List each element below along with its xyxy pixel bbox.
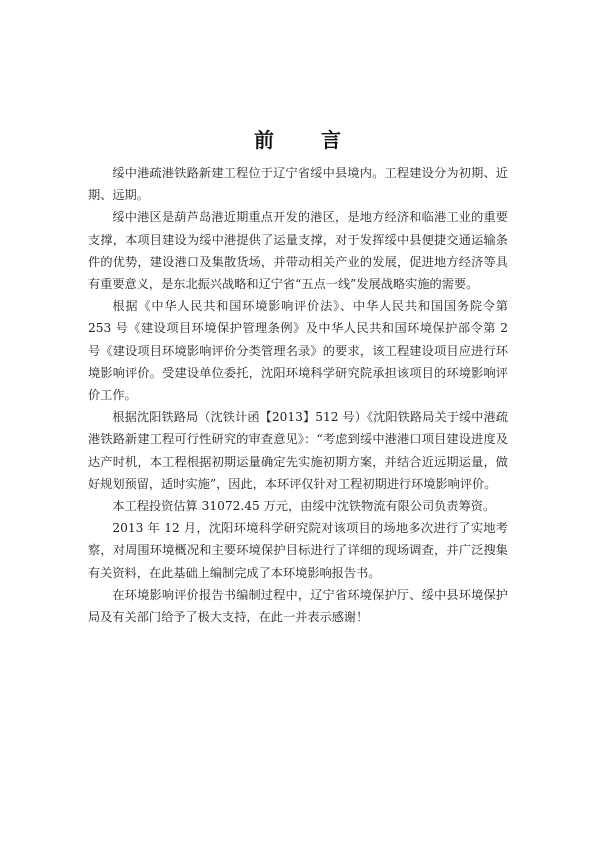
paragraph-investment: 本工程投资估算 31072.45 万元，由绥中沈铁物流有限公司负责筹资。 <box>88 495 508 517</box>
paragraph-acknowledgement: 在环境影响评价报告书编制过程中，辽宁省环境保护厅、绥中县环境保护局及有关部门给予… <box>88 584 508 628</box>
paragraph-review-opinion: 根据沈阳铁路局（沈铁计函【2013】512 号）《沈阳铁路局关于绥中港疏港铁路新… <box>88 406 508 495</box>
paragraph-project-location: 绥中港疏港铁路新建工程位于辽宁省绥中县境内。工程建设分为初期、近期、远期。 <box>88 162 508 206</box>
document-body: 绥中港疏港铁路新建工程位于辽宁省绥中县境内。工程建设分为初期、近期、远期。 绥中… <box>88 162 508 628</box>
document-page: 前 言 绥中港疏港铁路新建工程位于辽宁省绥中县境内。工程建设分为初期、近期、远期… <box>0 0 595 842</box>
paragraph-site-survey: 2013 年 12 月，沈阳环境科学研究院对该项目的场地多次进行了实地考察，对周… <box>88 517 508 584</box>
paragraph-legal-basis: 根据《中华人民共和国环境影响评价法》、中华人民共和国国务院令第 253 号《建设… <box>88 295 508 406</box>
page-title: 前 言 <box>0 124 595 153</box>
paragraph-port-significance: 绥中港区是葫芦岛港近期重点开发的港区，是地方经济和临港工业的重要支撑，本项目建设… <box>88 206 508 295</box>
